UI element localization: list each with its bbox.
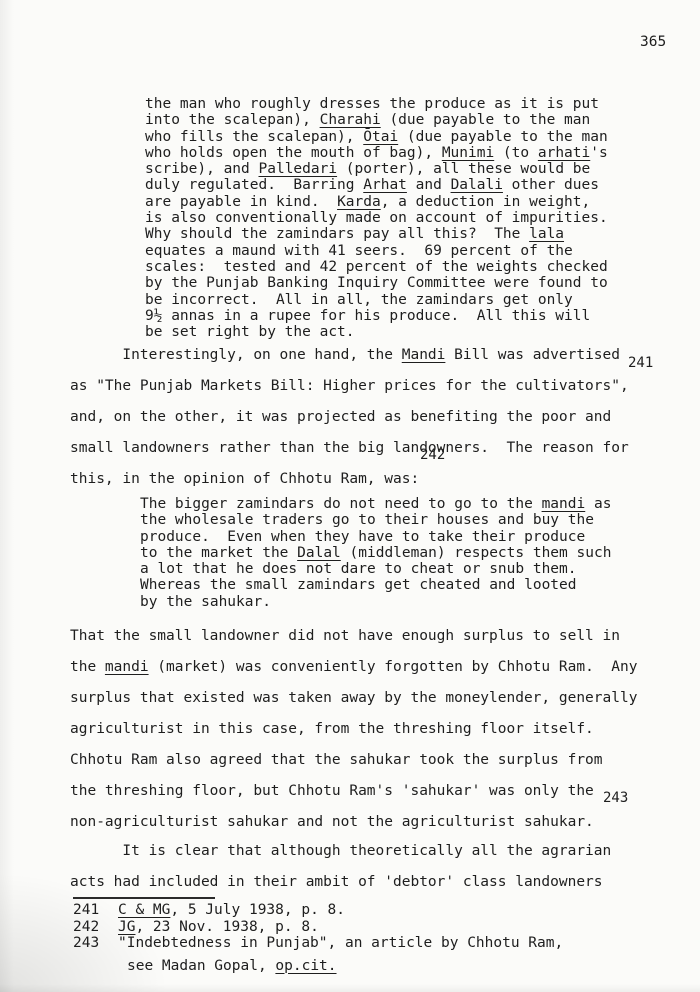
- text-line: be incorrect. All in all, the zamindars …: [145, 292, 608, 308]
- text-line: Why should the zamindars pay all this? T…: [145, 226, 608, 242]
- text-line: to the market the Dalal (middleman) resp…: [140, 545, 611, 561]
- text-line: by the Punjab Banking Inquiry Committee …: [145, 275, 608, 291]
- footnotes: 241 C & MG, 5 July 1938, p. 8. 242 JG, 2…: [73, 902, 563, 974]
- footnote-text: JG, 23 Nov. 1938, p. 8.: [118, 919, 319, 935]
- text-line: the threshing floor, but Chhotu Ram's 's…: [70, 776, 637, 807]
- text-line: who holds open the mouth of bag), Munimi…: [145, 145, 608, 161]
- text-line: Whereas the small zamindars get cheated …: [140, 577, 611, 593]
- text-line: this, in the opinion of Chhotu Ram, was:: [70, 464, 629, 495]
- text-line: the wholesale traders go to their houses…: [140, 512, 611, 528]
- paragraph-dues-list: the man who roughly dresses the produce …: [145, 96, 608, 340]
- footnote-text-continuation: see Madan Gopal, op.cit.: [127, 958, 563, 975]
- text-line: and, on the other, it was projected as b…: [70, 402, 629, 433]
- text-line: Interestingly, on one hand, the Mandi Bi…: [70, 340, 629, 371]
- footnote-ref-241: 241: [628, 356, 653, 370]
- footnote-number: 241: [73, 902, 118, 919]
- text-line: be set right by the act.: [145, 324, 608, 340]
- page-number: 365: [640, 34, 666, 50]
- text-line: the mandi (market) was conveniently forg…: [70, 652, 637, 683]
- text-line: scales: tested and 42 percent of the wei…: [145, 259, 608, 275]
- text-line: small landowners rather than the big lan…: [70, 433, 629, 464]
- footnote-number: 243: [73, 935, 118, 974]
- footnote-text: C & MG, 5 July 1938, p. 8.: [118, 902, 345, 918]
- text-line: who fills the scalepan), Ōtai (due payab…: [145, 129, 608, 145]
- text-line: surplus that existed was taken away by t…: [70, 683, 637, 714]
- text-line: by the sahukar.: [140, 594, 611, 610]
- footnote-number: 242: [73, 919, 118, 936]
- text-line: into the scalepan), Charahi (due payable…: [145, 112, 608, 128]
- text-line: scribe), and Palledari (porter), all the…: [145, 161, 608, 177]
- footnote-text: "Indebtedness in Punjab", an article by …: [118, 935, 563, 952]
- scanned-document-page: 365 the man who roughly dresses the prod…: [0, 0, 700, 992]
- footnote-divider: [73, 897, 215, 899]
- paragraph-small-landowner: That the small landowner did not have en…: [70, 621, 637, 838]
- text-line: equates a maund with 41 seers. 69 percen…: [145, 243, 608, 259]
- paragraph-agrarian-acts: It is clear that although theoretically …: [70, 836, 611, 898]
- text-line: It is clear that although theoretically …: [70, 836, 611, 867]
- paragraph-mandi-bill: Interestingly, on one hand, the Mandi Bi…: [70, 340, 629, 495]
- text-line: are payable in kind. Karda, a deduction …: [145, 194, 608, 210]
- footnote-241: 241 C & MG, 5 July 1938, p. 8.: [73, 902, 563, 919]
- footnote-ref-242: 242: [420, 448, 445, 462]
- text-line: a lot that he does not dare to cheat or …: [140, 561, 611, 577]
- text-line: the man who roughly dresses the produce …: [145, 96, 608, 112]
- blockquote-chhotu-ram: The bigger zamindars do not need to go t…: [140, 496, 611, 610]
- text-line: 9½ annas in a rupee for his produce. All…: [145, 308, 608, 324]
- text-line: duly regulated. Barring Arhat and Dalali…: [145, 177, 608, 193]
- text-line: That the small landowner did not have en…: [70, 621, 637, 652]
- text-line: agriculturist in this case, from the thr…: [70, 714, 637, 745]
- footnote-243: 243 "Indebtedness in Punjab", an article…: [73, 935, 563, 974]
- text-line: acts had included in their ambit of 'deb…: [70, 867, 611, 898]
- text-line: Chhotu Ram also agreed that the sahukar …: [70, 745, 637, 776]
- text-line: non-agriculturist sahukar and not the ag…: [70, 807, 637, 838]
- footnote-ref-243: 243: [603, 791, 628, 805]
- text-line: produce. Even when they have to take the…: [140, 529, 611, 545]
- text-line: The bigger zamindars do not need to go t…: [140, 496, 611, 512]
- footnote-242: 242 JG, 23 Nov. 1938, p. 8.: [73, 919, 563, 936]
- text-line: as "The Punjab Markets Bill: Higher pric…: [70, 371, 629, 402]
- text-line: is also conventionally made on account o…: [145, 210, 608, 226]
